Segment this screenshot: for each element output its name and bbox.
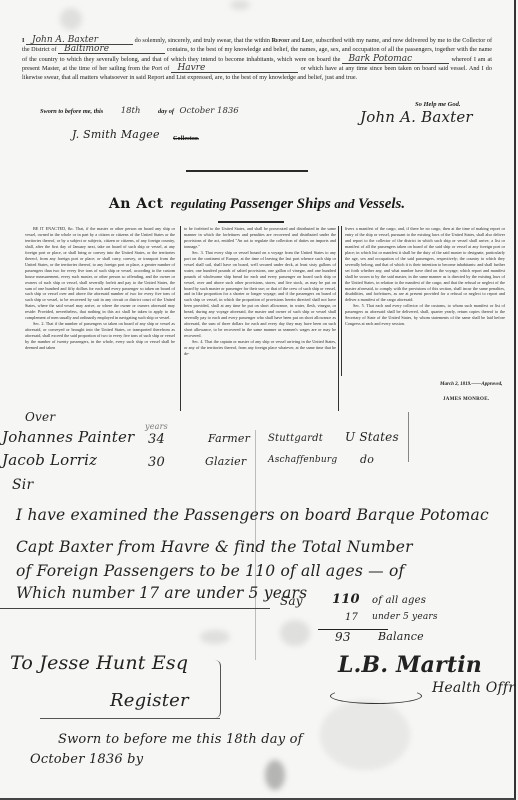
act-title-gothic: An Act (109, 196, 164, 212)
act-section-2: Sec. 2. That if the number of passengers… (25, 321, 175, 351)
act-section-3: Sec. 3. That every ship or vessel bound … (184, 250, 336, 339)
passenger-age: 34 (148, 432, 165, 447)
act-title-word: regulating (171, 196, 227, 211)
act-signatory: JAMES MONROE. (443, 397, 489, 402)
passenger-origin: Stuttgardt (268, 433, 323, 444)
oath-and-word: and (291, 37, 300, 44)
title-rule (218, 221, 284, 223)
passenger-occupation: Farmer (208, 432, 250, 445)
sworn-day: 18th (121, 106, 141, 116)
column-line (408, 412, 409, 462)
document-page: I John A. Baxter do solemnly, sincerely,… (0, 0, 516, 800)
health-officer-title: Health Offr (432, 680, 515, 696)
paper-stain (60, 8, 82, 30)
underline-flourish (40, 718, 220, 719)
manifest-header: Over (25, 410, 55, 424)
tally-balance: 93 (335, 630, 351, 644)
sworn-label: Sworn to before me, this (40, 108, 103, 115)
port-field: Havre (171, 64, 298, 73)
paper-stain (230, 0, 250, 10)
act-title-word: Passenger (230, 196, 293, 212)
master-oath: I John A. Baxter do solemnly, sincerely,… (22, 36, 492, 82)
passenger-occupation: Glazier (205, 455, 246, 468)
oath-text: do solemnly, sincerely, and truly swear,… (135, 37, 270, 44)
day-of-label: day of (158, 108, 174, 115)
addressee: To Jesse Hunt Esq (10, 652, 188, 674)
top-rule (186, 170, 308, 172)
paper-stain (320, 700, 410, 770)
note-salutation: Sir (12, 477, 33, 493)
act-title: An Act regulating Passenger Ships and Ve… (0, 196, 514, 213)
master-signature: John A. Baxter (360, 108, 473, 126)
act-section-2-cont: to be forfeited to the United States, an… (184, 226, 336, 250)
collector-signature: J. Smith Magee (72, 128, 160, 141)
passenger-age: 30 (148, 455, 165, 470)
oath-sworn-line: Sworn to before me, this 18th day of Oct… (40, 106, 255, 116)
act-section-5: Sec. 5. That each and every collector of… (345, 303, 505, 327)
passenger-origin: Aschaffenburg (268, 455, 337, 465)
passenger-name: Johannes Painter (2, 428, 134, 446)
act-column-3: livers a manifest of the cargo, and, if … (341, 226, 505, 376)
health-officer-signature: L.B. Martin (338, 652, 482, 678)
tally-under: 17 (345, 612, 358, 623)
act-approved-date: March 2, 1819.——Approved, (440, 382, 502, 387)
paper-stain (265, 760, 285, 790)
sworn-statement: October 1836 by (30, 752, 143, 767)
vessel-field: Bark Potomac (342, 55, 449, 64)
tally-say: Say (280, 594, 303, 608)
note-line: I have examined the Passengers on board … (16, 506, 489, 524)
act-title-word: Vessels. (358, 196, 405, 212)
oath-list-word: List (302, 37, 313, 44)
act-section-4: Sec. 4. That the captain or master of an… (184, 339, 336, 357)
act-body: BE IT ENACTED, &c. That, if the master o… (25, 226, 505, 418)
act-column-2: to be forfeited to the United States, an… (180, 226, 339, 411)
tally-under-label: under 5 years (372, 612, 438, 622)
note-line: Which number 17 are under 5 years (16, 584, 307, 602)
paper-stain (200, 630, 230, 644)
signature-flourish (330, 688, 422, 704)
note-line: of Foreign Passengers to be 110 of all a… (16, 562, 404, 580)
separator-line (0, 608, 270, 609)
tally-total: 110 (332, 592, 360, 607)
act-section-1: BE IT ENACTED, &c. That, if the master o… (25, 226, 175, 321)
oath-report-word: Report (272, 37, 290, 44)
act-column-1: BE IT ENACTED, &c. That, if the master o… (25, 226, 175, 351)
note-line: Capt Baxter from Havre & find the Total … (16, 538, 413, 556)
collector-label: Collector. (173, 135, 199, 142)
passenger-name: Jacob Lorriz (2, 451, 97, 469)
district-field: Baltimore (58, 45, 165, 54)
sworn-month-year: October 1836 (180, 106, 239, 116)
tally-total-label: of all ages (372, 595, 426, 606)
act-title-word: Ships (297, 196, 331, 212)
so-help-me-god: So Help me God. (415, 101, 461, 108)
passenger-destination: do (360, 453, 374, 466)
act-title-word: and (334, 196, 354, 211)
sworn-statement: Sworn to before me this 18th day of (58, 732, 303, 747)
paper-stain (280, 620, 310, 646)
age-column-header: years (145, 422, 168, 431)
addressee-title: Register (110, 690, 189, 711)
brace-mark (214, 660, 221, 718)
act-section-4-cont: livers a manifest of the cargo, and, if … (345, 226, 505, 303)
tally-balance-label: Balance (378, 630, 424, 643)
oath-intro: I (22, 37, 24, 44)
passenger-destination: U States (345, 430, 399, 444)
